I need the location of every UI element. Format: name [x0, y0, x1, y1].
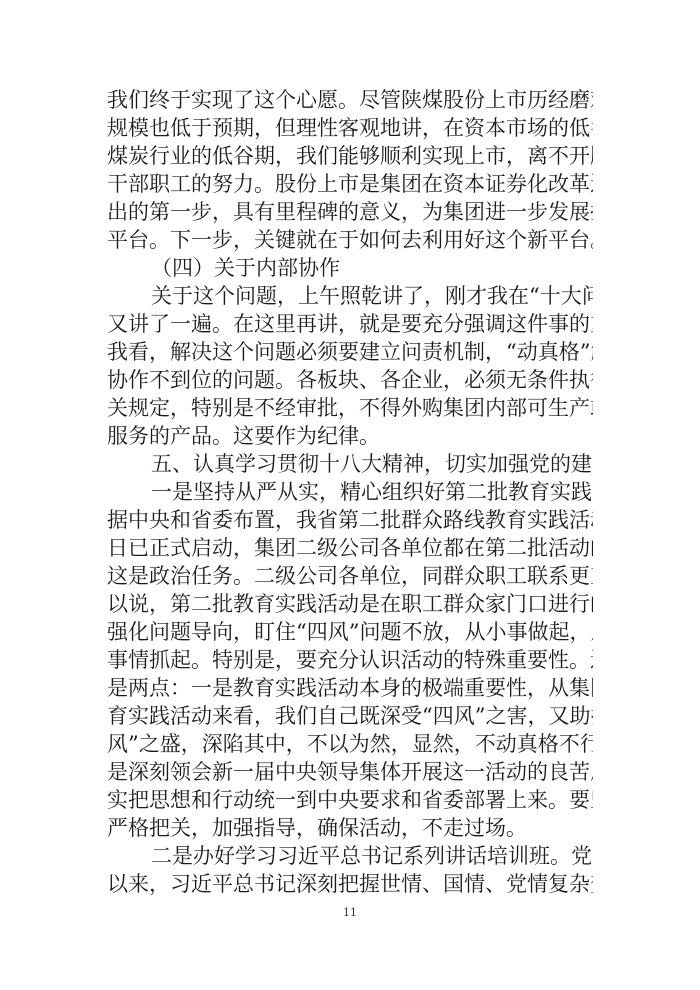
- text-line: 煤炭行业的低谷期，我们能够顺利实现上市，离不开股份全体: [107, 142, 593, 170]
- text-line: 协作不到位的问题。各板块、各企业，必须无条件执行集团相: [107, 366, 593, 394]
- text-line: 以说，第二批教育实践活动是在职工群众家门口进行的，更要: [107, 590, 593, 618]
- text-line: 二是办好学习习近平总书记系列讲话培训班。党的十八大: [107, 842, 593, 870]
- text-line: 我看，解决这个问题必须要建立问责机制，“动真格”解决内部: [107, 338, 593, 366]
- text-line: 平台。下一步，关键就在于如何去利用好这个新平台。: [107, 226, 593, 254]
- subheading-internal-collaboration: （四）关于内部协作: [107, 254, 593, 282]
- body-text: 我们终于实现了这个心愿。尽管陕煤股份上市历经磨难，融资 规模也低于预期，但理性客…: [107, 86, 593, 898]
- text-line: 育实践活动来看，我们自己既深受“四风”之害，又助推“四: [107, 702, 593, 730]
- document-page: 我们终于实现了这个心愿。尽管陕煤股份上市历经磨难，融资 规模也低于预期，但理性客…: [0, 0, 700, 990]
- text-line: 关于这个问题，上午照乾讲了，刚才我在“十大问题”里: [107, 282, 593, 310]
- text-line: 风”之盛，深陷其中，不以为然，显然，不动真格不行了；二: [107, 730, 593, 758]
- text-line: 严格把关，加强指导，确保活动，不走过场。: [107, 814, 593, 842]
- text-line: 服务的产品。这要作为纪律。: [107, 422, 593, 450]
- text-line: 强化问题导向，盯住“四风”问题不放，从小事做起，从具体: [107, 618, 593, 646]
- text-line: 事情抓起。特别是，要充分认识活动的特殊重要性。这里着重: [107, 646, 593, 674]
- text-line: 关规定，特别是不经审批，不得外购集团内部可生产或可提供: [107, 394, 593, 422]
- text-line: 日已正式启动，集团二级公司各单位都在第二批活动的范围里。: [107, 534, 593, 562]
- text-line: 规模也低于预期，但理性客观地讲，在资本市场的低谷期、在: [107, 114, 593, 142]
- text-line: 这是政治任务。二级公司各单位，同群众职工联系更直接。可: [107, 562, 593, 590]
- text-line: 据中央和省委布置，我省第二批群众路线教育实践活动 1 月 22: [107, 506, 593, 534]
- page-number: 11: [0, 906, 700, 919]
- text-line: 是深刻领会新一届中央领导集体开展这一活动的良苦用心，切: [107, 758, 593, 786]
- text-line: 是两点：一是教育实践活动本身的极端重要性，从集团本部教: [107, 674, 593, 702]
- text-line: 干部职工的努力。股份上市是集团在资本证券化改革道路上迈: [107, 170, 593, 198]
- section-heading-five: 五、认真学习贯彻十八大精神，切实加强党的建设: [107, 450, 593, 478]
- text-line: 以来，习近平总书记深刻把握世情、国情、党情复杂变化，围: [107, 870, 593, 898]
- text-line: 我们终于实现了这个心愿。尽管陕煤股份上市历经磨难，融资: [107, 86, 593, 114]
- text-line: 实把思想和行动统一到中央要求和省委部署上来。要坚持标准，: [107, 786, 593, 814]
- text-line: 出的第一步，具有里程碑的意义，为集团进一步发展搭建了新: [107, 198, 593, 226]
- text-line: 一是坚持从严从实，精心组织好第二批教育实践活动。根: [107, 478, 593, 506]
- text-line: 又讲了一遍。在这里再讲，就是要充分强调这件事的重要性。: [107, 310, 593, 338]
